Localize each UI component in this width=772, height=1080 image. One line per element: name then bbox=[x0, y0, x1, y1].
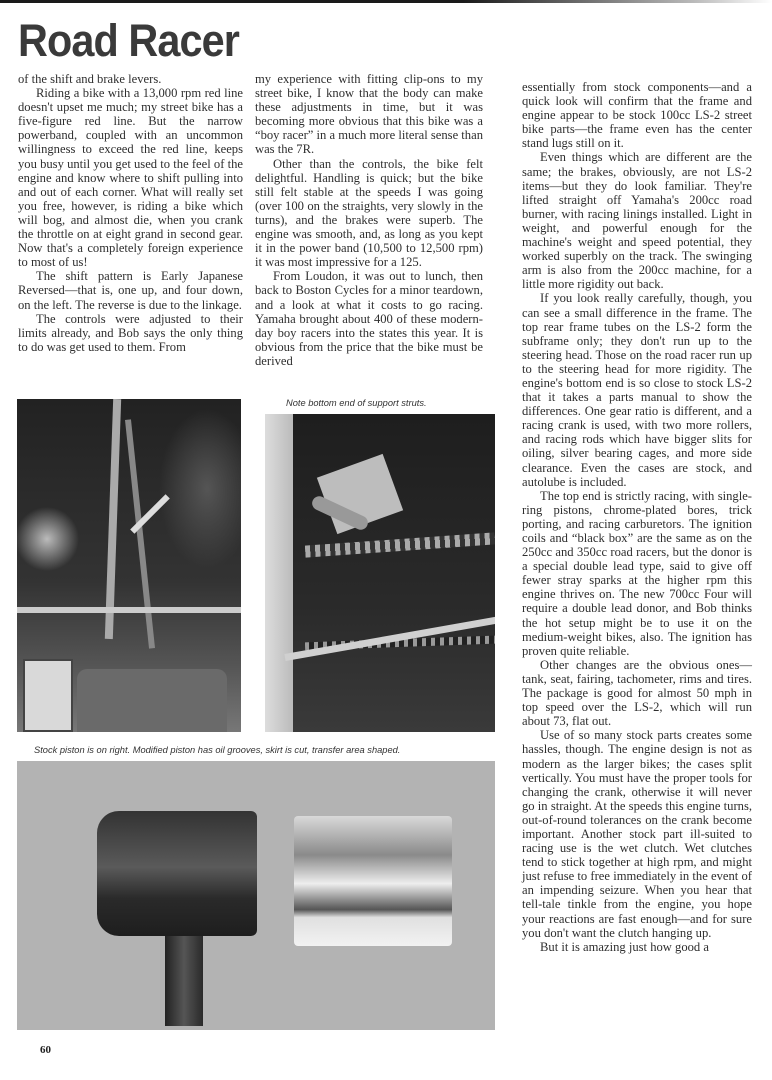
article-title: Road Racer bbox=[18, 16, 239, 66]
paragraph: The controls were adjusted to their limi… bbox=[18, 312, 243, 354]
page-number: 60 bbox=[40, 1044, 51, 1056]
paragraph: Other changes are the obvious ones—tank,… bbox=[522, 658, 752, 728]
modified-piston bbox=[97, 811, 257, 936]
paragraph: If you look really carefully, though, yo… bbox=[522, 291, 752, 488]
paragraph: But it is amazing just how good a bbox=[522, 940, 752, 954]
text-column-3: essentially from stock components—and a … bbox=[522, 80, 752, 954]
photo-caption-pistons: Stock piston is on right. Modified pisto… bbox=[34, 745, 400, 755]
paragraph: my experience with fitting clip-ons to m… bbox=[255, 72, 483, 157]
text-column-1: of the shift and brake levers. Riding a … bbox=[18, 72, 243, 354]
paragraph: essentially from stock components—and a … bbox=[522, 80, 752, 150]
photo-caption-struts: Note bottom end of support struts. bbox=[286, 398, 427, 408]
paragraph: The shift pattern is Early Japanese Reve… bbox=[18, 269, 243, 311]
photo-pistons bbox=[17, 761, 495, 1030]
clip-on-bar bbox=[17, 607, 241, 613]
paragraph: Even things which are different are the … bbox=[522, 150, 752, 291]
drive-chain bbox=[305, 532, 495, 557]
photo-motorcycle-front-frame bbox=[17, 399, 241, 732]
top-rule bbox=[0, 0, 772, 3]
stock-piston bbox=[294, 816, 452, 946]
paragraph: Riding a bike with a 13,000 rpm red line… bbox=[18, 86, 243, 269]
paragraph: From Loudon, it was out to lunch, then b… bbox=[255, 269, 483, 368]
photo-support-struts-chain bbox=[265, 414, 495, 732]
paragraph: The top end is strictly racing, with sin… bbox=[522, 489, 752, 658]
paragraph: of the shift and brake levers. bbox=[18, 72, 243, 86]
paragraph: Use of so many stock parts creates some … bbox=[522, 728, 752, 939]
wrist-pin bbox=[165, 936, 203, 1026]
paragraph: Other than the controls, the bike felt d… bbox=[255, 157, 483, 270]
text-column-2: my experience with fitting clip-ons to m… bbox=[255, 72, 483, 368]
